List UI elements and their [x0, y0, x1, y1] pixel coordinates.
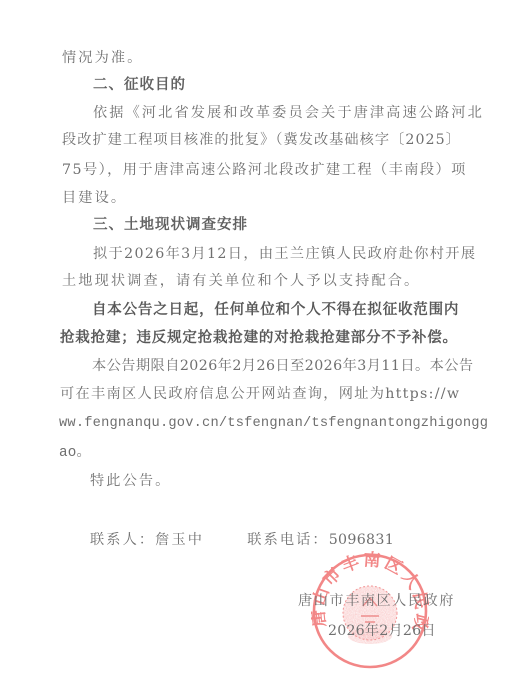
url-line-end: ao。	[59, 443, 91, 463]
doc-line-12: 可在丰南区人民政府信息公开网站查询，网址为https://w	[60, 384, 460, 404]
contact-row: 联系人：詹玉中 联系电话：5096831	[90, 530, 394, 550]
bold-warning-line-2: 抢栽抢建；违反规定抢栽抢建的对抢栽抢建部分不予补偿。	[60, 328, 458, 348]
signing-organization: 唐山市丰南区人民政府	[298, 590, 455, 610]
doc-line-2: 依据《河北省发展和改革委员会关于唐津高速公路河北	[93, 103, 484, 123]
contact-person-label: 联系人：	[90, 532, 155, 548]
contact-phone-label: 联系电话：	[247, 532, 328, 548]
doc-line-8: 土地现状调查，请有关单位和个人予以支持配合。	[62, 271, 420, 291]
doc-line-3: 段改扩建工程项目核准的批复》（冀发改基础核字〔2025〕	[62, 130, 461, 150]
doc-line-7: 拟于2026年3月12日，由王兰庄镇人民政府赴你村开展	[93, 244, 476, 264]
signing-date: 2026年2月26日	[328, 620, 436, 640]
doc-line-11: 本公告期限自2026年2月26日至2026年3月11日。本公告	[92, 356, 474, 376]
closing-statement: 特此公告。	[90, 471, 171, 491]
doc-line-4: 75号），用于唐津高速公路河北段改扩建工程（丰南段）项	[62, 160, 467, 180]
contact-phone-number: 5096831	[329, 532, 394, 548]
section-heading-survey: 三、土地现状调查安排	[93, 215, 248, 235]
section-heading-purpose: 二、征收目的	[93, 75, 186, 95]
contact-person-name: 詹玉中	[155, 532, 204, 548]
doc-line-5: 目建设。	[62, 188, 127, 208]
doc-line-0: 情况为准。	[62, 48, 143, 68]
official-seal-icon: 唐山市丰南区人民政府	[311, 550, 429, 672]
url-line: ww.fengnanqu.gov.cn/tsfengnan/tsfengnant…	[59, 414, 488, 434]
bold-warning-line-1: 自本公告之日起，任何单位和个人不得在拟征收范围内	[92, 300, 459, 320]
